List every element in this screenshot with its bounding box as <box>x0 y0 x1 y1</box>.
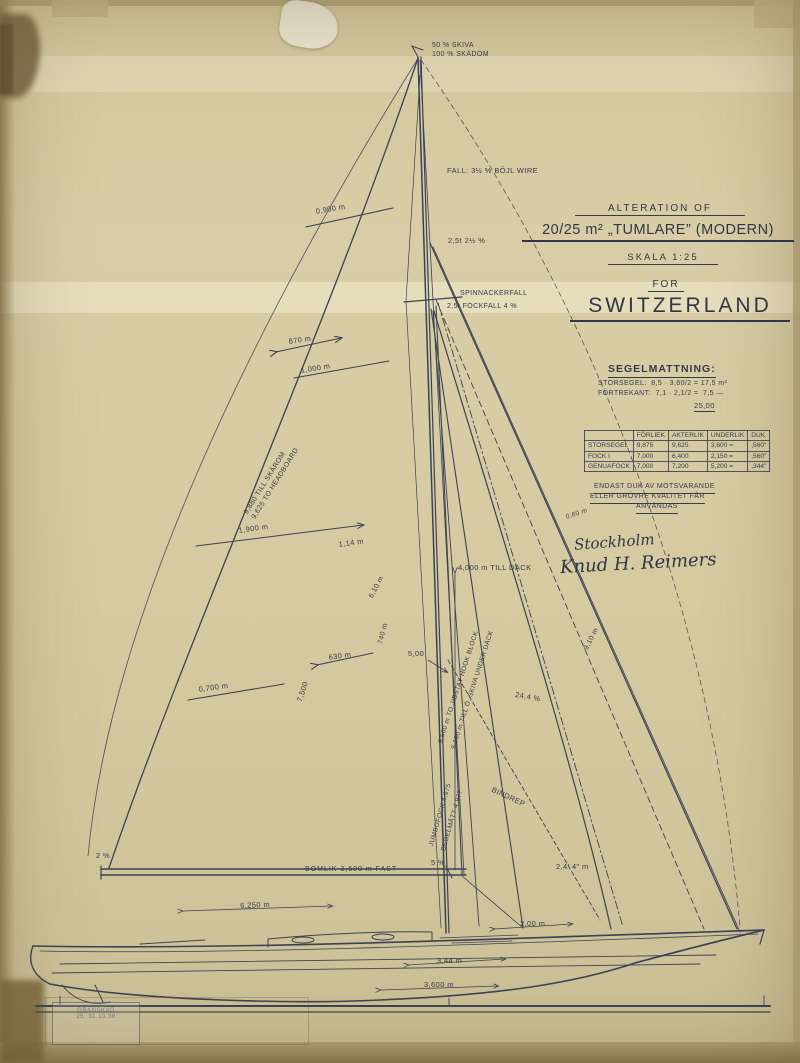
spinnaker-outline <box>88 60 417 856</box>
table-row: STORSEGEL 9,875 9,625 3,600 = ,560" <box>585 441 770 451</box>
boom-pct-right: 5 % <box>431 858 445 867</box>
masthead-note: 50 % SKIVA 100 % SKÄDOM <box>432 42 489 60</box>
cell: 5,200 = <box>707 461 747 471</box>
halyard-note: FALL: 3½ % BÖJL WIRE <box>447 166 538 175</box>
dim-200: 2,00 m <box>520 919 545 928</box>
cell: 7,200 <box>668 461 707 471</box>
boomfoot-note: BOMLIK 3,600 m FAST <box>305 866 397 875</box>
title-scale: SKALA 1:25 <box>608 252 718 265</box>
header-empty <box>585 431 634 441</box>
row-name: GENUAFOCK <box>585 461 634 471</box>
table-header-row: FÖRLIEK AKTERLIK UNDERLIK DUK <box>585 431 770 441</box>
header-akterlik: AKTERLIK <box>668 431 707 441</box>
table-note-3: ANVÄNDAS <box>636 503 678 514</box>
spinnackerfall-label: SPINNACKERFALL <box>460 290 527 299</box>
dimension-lines <box>182 572 572 990</box>
cell: 7,000 <box>633 461 668 471</box>
sail-measurement-table: FÖRLIEK AKTERLIK UNDERLIK DUK STORSEGEL … <box>584 430 770 472</box>
title-country: SWITZERLAND <box>570 294 790 322</box>
segelmattning-total: 25,00 <box>694 401 715 412</box>
table-row: FOCK I 7,000 6,400 2,150 = ,560" <box>585 451 770 461</box>
boom-pct-left: 2 % <box>96 851 110 860</box>
scanned-sail-plan: ALTERATION OF 20/25 m² „TUMLARE” (MODERN… <box>0 0 800 1063</box>
sail-plan-drawing <box>0 0 800 1063</box>
segelmattning-row1: STORSEGEL: 8,5 · 3,60/2 = 17,5 m² <box>598 380 727 389</box>
stamp-line2: 25. 31.10.38 <box>53 1014 139 1020</box>
dim-4000-till-dack: 4,000 m TILL DÄCK <box>458 563 532 572</box>
title-for: FOR <box>648 279 684 292</box>
fockfall-label: 2,5t FOCKFALL 4 % <box>447 303 517 312</box>
cell: 7,000 <box>633 451 668 461</box>
cell: ,560" <box>748 451 770 461</box>
dim-500: 5,00 <box>408 649 424 658</box>
dim-6250: 6,250 m <box>240 900 270 910</box>
cell: 3,600 = <box>707 441 747 451</box>
title-line1: ALTERATION OF <box>575 203 745 216</box>
table-row: GENUAFOCK 7,000 7,200 5,200 = ,344" <box>585 461 770 471</box>
header-underlik: UNDERLIK <box>707 431 747 441</box>
row-name: STORSEGEL <box>585 441 634 451</box>
cell: 9,625 <box>668 441 707 451</box>
row-name: FOCK I <box>585 451 634 461</box>
cell: ,344" <box>748 461 770 471</box>
dim-344: 3,44 m <box>437 956 462 965</box>
dim-244: 2,4' 4" m <box>556 862 589 871</box>
segelmattning-heading: SEGELMATTNING: <box>608 363 716 378</box>
segelmattning-row2: FÖRTREKANT: 7,1 · 2,1/2 = 7,5 — <box>598 390 724 399</box>
halyard-25t: 2,5t 2½ % <box>448 236 485 245</box>
dim-3600: 3,600 m <box>424 980 454 989</box>
cell: 6,400 <box>668 451 707 461</box>
cell: ,560" <box>748 441 770 451</box>
title-line2: 20/25 m² „TUMLARE” (MODERN) <box>522 222 794 242</box>
cell: 2,150 = <box>707 451 747 461</box>
header-forliek: FÖRLIEK <box>633 431 668 441</box>
approval-stamp: GRANSKAD 25. 31.10.38 <box>52 1002 140 1045</box>
cell: 9,875 <box>633 441 668 451</box>
hull <box>31 866 764 1003</box>
header-duk: DUK <box>748 431 770 441</box>
